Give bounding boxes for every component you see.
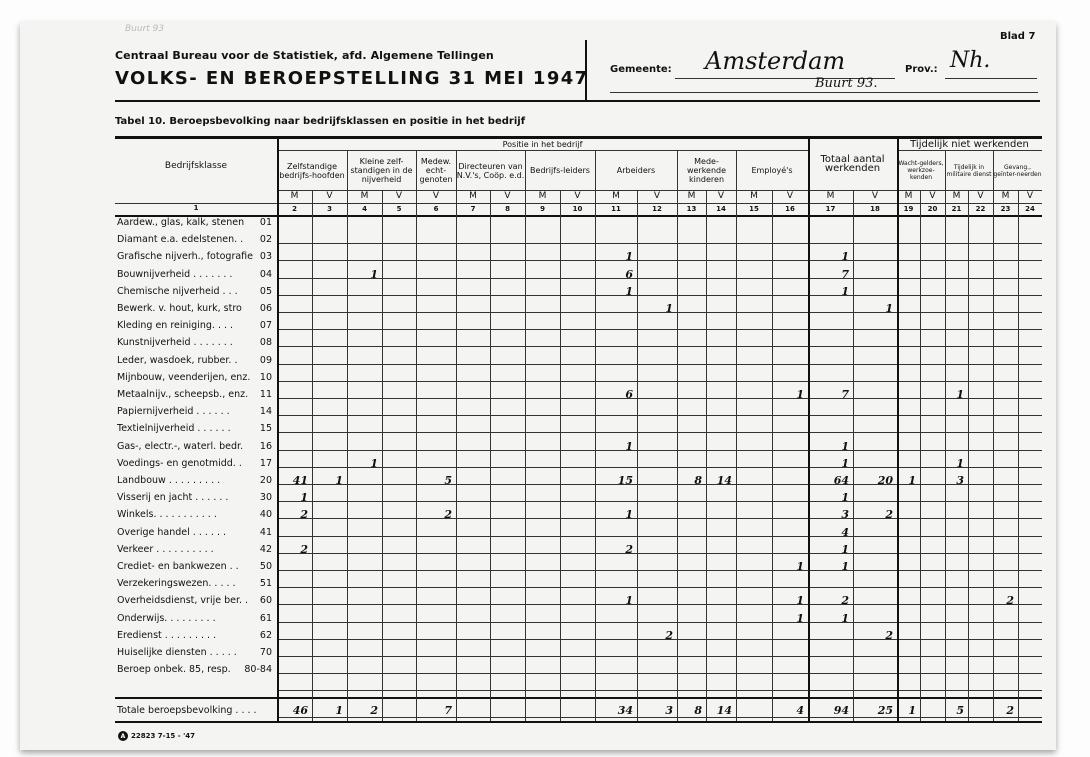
industry-name: Eredienst . . . . . . . . . <box>117 630 216 641</box>
subgroup-header: Wacht-gelders, werkzoe-kenden <box>897 151 945 190</box>
industry-code: 01 <box>260 217 275 228</box>
handwritten-value: 4 <box>808 526 853 540</box>
sex-column-header: M <box>347 191 382 203</box>
totals-top-rule <box>115 697 1042 699</box>
industry-code: 41 <box>260 527 275 538</box>
row-label: Diamant e.a. edelstenen. .02 <box>117 234 275 245</box>
subgroup-header: Gevang., geïnter-neerden <box>993 151 1042 190</box>
industry-name: Gas-, electr.-, waterl. bedr. <box>117 441 243 452</box>
sex-column-header: M <box>277 191 312 203</box>
sex-column-header: V <box>920 191 945 203</box>
industry-name: Landbouw . . . . . . . . . <box>117 475 220 486</box>
industry-name: Papiernijverheid . . . . . . <box>117 406 230 417</box>
column-number: 18 <box>853 205 897 216</box>
column-number: 7 <box>456 205 490 216</box>
sex-column-header: V <box>490 191 525 203</box>
column-number: 2 <box>277 205 312 216</box>
row-rule <box>277 243 1042 244</box>
row-rule <box>277 501 1042 502</box>
row-label: Overige handel . . . . . .41 <box>117 527 275 538</box>
sex-column-header: M <box>525 191 560 203</box>
handwritten-value: 1 <box>945 457 968 471</box>
industry-code: 50 <box>260 561 275 572</box>
industry-name: Verzekeringswezen. . . . . <box>117 578 236 589</box>
handwritten-value: 2 <box>277 508 312 522</box>
handwritten-total-value: 8 <box>677 704 706 718</box>
industry-name: Verkeer . . . . . . . . . . <box>117 544 214 555</box>
column-number: 6 <box>416 205 456 216</box>
column-rule <box>560 190 561 721</box>
industry-code: 14 <box>260 406 275 417</box>
row-label: Textielnijverheid . . . . . .15 <box>117 423 275 434</box>
column-number: 22 <box>968 205 993 216</box>
handwritten-total-value: 2 <box>347 704 382 718</box>
industry-name: Textielnijverheid . . . . . . <box>117 423 231 434</box>
industry-name: Leder, wasdoek, rubber. . <box>117 355 238 366</box>
handwritten-value: 64 <box>808 474 853 488</box>
group-header-totaal: Totaal aantal werkenden <box>808 138 897 190</box>
row-label: Grafische nijverh., fotografie03 <box>117 251 275 262</box>
header-divider <box>585 40 587 102</box>
column-number: 11 <box>595 205 637 216</box>
handwritten-value: 2 <box>853 508 897 522</box>
row-rule <box>277 432 1042 433</box>
handwritten-value: 5 <box>416 474 456 488</box>
sex-column-header: V <box>706 191 736 203</box>
industry-code: 62 <box>260 630 275 641</box>
print-code: 22823 7-15 - '47 <box>131 732 195 740</box>
handwritten-value: 1 <box>808 543 853 557</box>
industry-code: 03 <box>260 251 275 262</box>
row-rule <box>277 622 1042 623</box>
industry-name: Huiselijke diensten . . . . . <box>117 647 237 658</box>
industry-code: 15 <box>260 423 275 434</box>
column-rule <box>595 150 596 721</box>
organization-name: Centraal Bureau voor de Statistiek, afd.… <box>115 49 494 62</box>
row-rule <box>277 278 1042 279</box>
handwritten-value: 1 <box>595 594 637 608</box>
subgroup-header: Medew. echt-genoten <box>416 151 456 190</box>
handwritten-value: 1 <box>808 285 853 299</box>
industry-code: 10 <box>260 372 275 383</box>
handwritten-total-value: 1 <box>897 704 920 718</box>
subgroup-header: Mede-werkende kinderen <box>677 151 736 190</box>
handwritten-total-value: 4 <box>772 704 808 718</box>
column-rule <box>416 150 417 721</box>
handwritten-value: 15 <box>595 474 637 488</box>
row-label: Voedings- en genotmidd. .17 <box>117 458 275 469</box>
column-number: 3 <box>312 205 347 216</box>
sex-column-header: M <box>945 191 968 203</box>
industry-name: Grafische nijverh., fotografie <box>117 251 253 262</box>
column-rule <box>456 150 457 721</box>
handwritten-total-value: 14 <box>706 704 736 718</box>
subgroup-header: Employé's <box>736 151 808 190</box>
handwritten-value: 1 <box>347 457 382 471</box>
subgroup-header: Zelfstandige bedrijfs-hoofden <box>277 151 347 190</box>
subgroup-header: Tijdelijk in militaire dienst <box>945 151 993 190</box>
handwritten-value: 1 <box>595 508 637 522</box>
column-number: 9 <box>525 205 560 216</box>
column-number: 5 <box>382 205 416 216</box>
row-rule <box>277 467 1042 468</box>
industry-code: 70 <box>260 647 275 658</box>
handwritten-value: 14 <box>706 474 736 488</box>
industry-name: Crediet- en bankwezen . . <box>117 561 239 572</box>
row-rule <box>277 604 1042 605</box>
row-label: Verkeer . . . . . . . . . .42 <box>117 544 275 555</box>
handwritten-total-value: 25 <box>853 704 897 718</box>
row-rule <box>277 329 1042 330</box>
industry-code: 20 <box>260 475 275 486</box>
handwritten-value: 1 <box>808 491 853 505</box>
handwritten-value: 6 <box>595 268 637 282</box>
handwritten-total-value: 7 <box>416 704 456 718</box>
row-label: Bewerk. v. hout, kurk, stro06 <box>117 303 275 314</box>
handwritten-value: 1 <box>808 250 853 264</box>
handwritten-total-value: 34 <box>595 704 637 718</box>
column-rule <box>968 190 969 721</box>
handwritten-value: 1 <box>772 560 808 574</box>
grid-line <box>277 203 1042 204</box>
column-number: 24 <box>1018 205 1042 216</box>
buurt-value: Buurt 93. <box>815 76 878 91</box>
handwritten-value: 1 <box>808 457 853 471</box>
column-rule <box>945 150 946 721</box>
sex-column-header: M <box>456 191 490 203</box>
handwritten-total-value: 5 <box>945 704 968 718</box>
label-column-number: 1 <box>115 204 277 215</box>
subgroup-header: Kleine zelf-standigen in de nijverheid <box>347 151 416 190</box>
handwritten-value: 2 <box>416 508 456 522</box>
industry-name: Beroep onbek. 85, resp. <box>117 664 231 675</box>
column-rule <box>897 136 899 721</box>
industry-name: Voedings- en genotmidd. . <box>117 458 242 469</box>
subgroup-header: Bedrijfs-leiders <box>525 151 595 190</box>
handwritten-value: 20 <box>853 474 897 488</box>
handwritten-value: 2 <box>595 543 637 557</box>
industry-name: Mijnbouw, veenderijen, enz. <box>117 372 250 383</box>
census-title: VOLKS- EN BEROEPSTELLING 31 MEI 1947 <box>115 68 589 89</box>
row-label: Beroep onbek. 85, resp.80-84 <box>117 664 275 675</box>
handwritten-value: 41 <box>277 474 312 488</box>
handwritten-value: 1 <box>772 388 808 402</box>
row-label: Aardew., glas, kalk, stenen01 <box>117 217 275 228</box>
sex-column-header: M <box>897 191 920 203</box>
sex-column-header: V <box>853 191 897 203</box>
footer: A 22823 7-15 - '47 <box>118 731 195 741</box>
sex-column-header: M <box>736 191 772 203</box>
column-number: 14 <box>706 205 736 216</box>
column-rule <box>920 190 921 721</box>
row-rule <box>277 346 1042 347</box>
row-label: Overheidsdienst, vrije ber. .60 <box>117 595 275 606</box>
handwritten-value: 3 <box>945 474 968 488</box>
sex-column-header: M <box>595 191 637 203</box>
row-label: Chemische nijverheid . . .05 <box>117 286 275 297</box>
column-number: 20 <box>920 205 945 216</box>
industry-code: 30 <box>260 492 275 503</box>
industry-code: 04 <box>260 269 275 280</box>
row-rule <box>277 587 1042 588</box>
table-title: Tabel 10. Beroepsbevolking naar bedrijfs… <box>115 116 525 127</box>
row-label: Metaalnijv., scheepsb., enz.11 <box>117 389 275 400</box>
handwritten-value: 1 <box>808 560 853 574</box>
subgroup-header: Directeuren van N.V.'s, Coöp. e.d. <box>456 151 525 190</box>
handwritten-value: 1 <box>277 491 312 505</box>
row-label: Mijnbouw, veenderijen, enz.10 <box>117 372 275 383</box>
row-rule <box>277 656 1042 657</box>
industry-name: Bewerk. v. hout, kurk, stro <box>117 303 242 314</box>
row-label: Kunstnijverheid . . . . . . .08 <box>117 337 275 348</box>
industry-code: 06 <box>260 303 275 314</box>
row-rule <box>277 295 1042 296</box>
column-rule <box>312 190 313 721</box>
column-rule <box>736 150 737 721</box>
industry-name: Visserij en jacht . . . . . . <box>117 492 228 503</box>
subgroup-header: Arbeiders <box>595 151 677 190</box>
row-label: Leder, wasdoek, rubber. .09 <box>117 355 275 366</box>
sex-column-header: V <box>968 191 993 203</box>
row-label: Landbouw . . . . . . . . .20 <box>117 475 275 486</box>
column-rule <box>525 150 526 721</box>
column-rule <box>993 150 994 721</box>
group-header-tijdelijk: Tijdelijk niet werkenden <box>897 138 1042 150</box>
column-rule <box>677 150 678 721</box>
sex-column-header: V <box>772 191 808 203</box>
row-rule <box>277 673 1042 674</box>
row-label: Kleding en reiniging. . . .07 <box>117 320 275 331</box>
row-label: Eredienst . . . . . . . . .62 <box>117 630 275 641</box>
handwritten-total-value: 1 <box>312 704 347 718</box>
handwritten-value: 1 <box>312 474 347 488</box>
row-label: Crediet- en bankwezen . .50 <box>117 561 275 572</box>
gemeente-label: Gemeente: <box>610 64 672 75</box>
row-rule <box>277 450 1042 451</box>
column-number: 8 <box>490 205 525 216</box>
handwritten-value: 2 <box>808 594 853 608</box>
handwritten-value: 1 <box>808 440 853 454</box>
handwritten-total-value: 94 <box>808 704 853 718</box>
industry-name: Kunstnijverheid . . . . . . . <box>117 337 233 348</box>
industry-code: 51 <box>260 578 275 589</box>
industry-name: Bouwnijverheid . . . . . . . <box>117 269 232 280</box>
industry-code: 02 <box>260 234 275 245</box>
row-label: Onderwijs. . . . . . . . .61 <box>117 613 275 624</box>
industry-name: Overheidsdienst, vrije ber. . <box>117 595 248 606</box>
row-rule <box>277 484 1042 485</box>
industry-name: Diamant e.a. edelstenen. . <box>117 234 243 245</box>
row-label: Papiernijverheid . . . . . .14 <box>117 406 275 417</box>
industry-code: 09 <box>260 355 275 366</box>
handwritten-value: 2 <box>277 543 312 557</box>
handwritten-total-value: 2 <box>993 704 1018 718</box>
province-label: Prov.: <box>905 64 938 75</box>
industry-code: 61 <box>260 613 275 624</box>
sex-column-header: V <box>312 191 347 203</box>
sex-column-header: V <box>416 191 456 203</box>
row-rule <box>277 553 1042 554</box>
sex-column-header: M <box>677 191 706 203</box>
industry-name: Kleding en reiniging. . . . <box>117 320 233 331</box>
row-label: Huiselijke diensten . . . . .70 <box>117 647 275 658</box>
row-rule <box>277 381 1042 382</box>
gemeente-value: Amsterdam <box>705 47 845 75</box>
row-rule <box>277 570 1042 571</box>
printer-logo-icon: A <box>118 731 128 741</box>
column-rule <box>277 136 279 721</box>
faint-stamp: Buurt 93 <box>125 24 164 34</box>
column-number: 15 <box>736 205 772 216</box>
column-number: 21 <box>945 205 968 216</box>
column-number: 19 <box>897 205 920 216</box>
industry-code: 17 <box>260 458 275 469</box>
column-number: 13 <box>677 205 706 216</box>
handwritten-value: 1 <box>772 594 808 608</box>
industry-code: 16 <box>260 441 275 452</box>
row-label: Verzekeringswezen. . . . .51 <box>117 578 275 589</box>
column-rule <box>772 190 773 721</box>
column-number: 23 <box>993 205 1018 216</box>
row-rule <box>277 536 1042 537</box>
row-label: Bouwnijverheid . . . . . . .04 <box>117 269 275 280</box>
industry-code: 07 <box>260 320 275 331</box>
sex-column-header: V <box>1018 191 1042 203</box>
column-number: 10 <box>560 205 595 216</box>
handwritten-value: 1 <box>945 388 968 402</box>
column-rule <box>706 190 707 721</box>
industry-name: Overige handel . . . . . . <box>117 527 226 538</box>
row-label: Visserij en jacht . . . . . .30 <box>117 492 275 503</box>
table-bottom-rule <box>115 721 1042 723</box>
industry-code: 05 <box>260 286 275 297</box>
handwritten-value: 1 <box>595 440 637 454</box>
sex-column-header: V <box>637 191 677 203</box>
sheet-number: Blad 7 <box>1000 31 1035 42</box>
industry-name: Metaalnijv., scheepsb., enz. <box>117 389 248 400</box>
handwritten-value: 1 <box>595 250 637 264</box>
province-field-line <box>945 78 1037 79</box>
column-rule <box>1018 190 1019 721</box>
row-rule <box>277 364 1042 365</box>
column-rule <box>808 136 810 721</box>
sex-column-header: V <box>560 191 595 203</box>
handwritten-value: 7 <box>808 388 853 402</box>
handwritten-value: 2 <box>637 629 677 643</box>
industry-name: Aardew., glas, kalk, stenen <box>117 217 244 228</box>
row-rule <box>277 415 1042 416</box>
handwritten-value: 1 <box>637 302 677 316</box>
industry-name: Onderwijs. . . . . . . . . <box>117 613 216 624</box>
census-form-sheet <box>20 22 1056 750</box>
sex-column-header: M <box>993 191 1018 203</box>
row-rule <box>277 518 1042 519</box>
row-rule <box>277 398 1042 399</box>
handwritten-total-value: 46 <box>277 704 312 718</box>
handwritten-value: 1 <box>853 302 897 316</box>
industry-code: 80-84 <box>244 664 275 675</box>
industry-code: 11 <box>260 389 275 400</box>
industry-name: Chemische nijverheid . . . <box>117 286 238 297</box>
province-value: Nh. <box>950 48 990 73</box>
industry-code: 08 <box>260 337 275 348</box>
handwritten-value: 1 <box>897 474 920 488</box>
column-rule <box>382 190 383 721</box>
row-rule <box>277 690 1042 691</box>
row-label: Winkels. . . . . . . . . . .40 <box>117 509 275 520</box>
handwritten-value: 1 <box>808 612 853 626</box>
sex-column-header: V <box>382 191 416 203</box>
column-number: 17 <box>808 205 853 216</box>
handwritten-value: 8 <box>677 474 706 488</box>
sex-column-header: M <box>808 191 853 203</box>
column-rule <box>347 150 348 721</box>
total-row-label: Totale beroepsbevolking . . . . <box>117 705 275 716</box>
industry-name: Winkels. . . . . . . . . . . <box>117 509 217 520</box>
column-number: 4 <box>347 205 382 216</box>
group-header-positie: Positie in het bedrijf <box>277 138 808 150</box>
column-rule <box>490 190 491 721</box>
handwritten-value: 1 <box>772 612 808 626</box>
header-rule <box>115 100 1040 102</box>
handwritten-total-value: 3 <box>637 704 677 718</box>
row-label: Gas-, electr.-, waterl. bedr.16 <box>117 441 275 452</box>
column-number: 16 <box>772 205 808 216</box>
handwritten-value: 1 <box>595 285 637 299</box>
buurt-field-line <box>610 92 1038 93</box>
column-number: 12 <box>637 205 677 216</box>
handwritten-value: 7 <box>808 268 853 282</box>
handwritten-value: 2 <box>993 594 1018 608</box>
handwritten-value: 2 <box>853 629 897 643</box>
handwritten-value: 6 <box>595 388 637 402</box>
industry-code: 40 <box>260 509 275 520</box>
row-rule <box>277 260 1042 261</box>
industry-code: 60 <box>260 595 275 606</box>
industry-code: 42 <box>260 544 275 555</box>
label-column-header: Bedrijfsklasse <box>115 139 277 193</box>
handwritten-value: 1 <box>347 268 382 282</box>
handwritten-value: 3 <box>808 508 853 522</box>
